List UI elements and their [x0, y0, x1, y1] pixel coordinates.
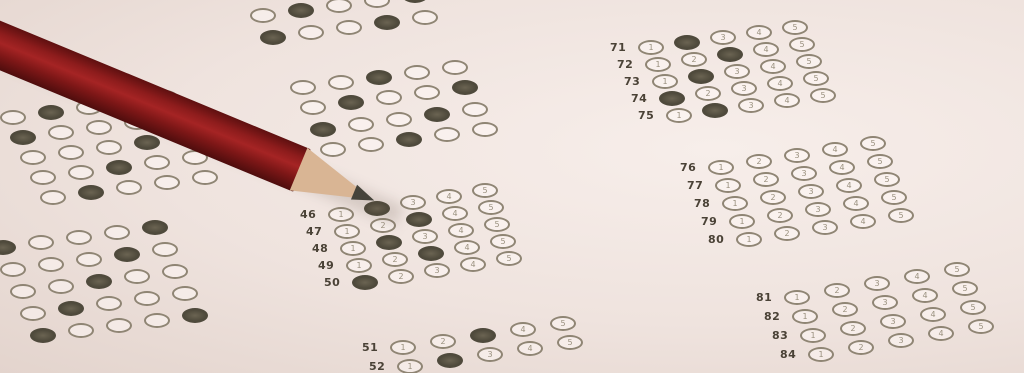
- answer-bubble: [20, 150, 46, 165]
- answer-bubble[interactable]: 4: [928, 326, 954, 341]
- answer-bubble: [106, 318, 132, 333]
- answer-bubble: [116, 180, 142, 195]
- answer-bubble: [68, 165, 94, 180]
- answer-bubble: [48, 125, 74, 140]
- answer-bubble[interactable]: 1: [652, 74, 678, 89]
- answer-bubble[interactable]: 5: [472, 183, 498, 198]
- answer-sheet-photo: 4612345471234548123454912345501234571123…: [0, 0, 1024, 373]
- answer-bubble[interactable]: 2: [688, 69, 714, 84]
- answer-bubble: [260, 30, 286, 45]
- answer-bubble: [114, 247, 140, 262]
- question-number: 49: [318, 259, 334, 272]
- answer-bubble: [124, 269, 150, 284]
- answer-bubble[interactable]: 5: [968, 319, 994, 334]
- answer-bubble[interactable]: 3: [805, 202, 831, 217]
- answer-bubble[interactable]: 4: [454, 240, 480, 255]
- answer-bubble[interactable]: 4: [442, 206, 468, 221]
- answer-bubble: [10, 284, 36, 299]
- answer-bubble: [10, 130, 36, 145]
- answer-bubble[interactable]: 2: [832, 302, 858, 317]
- answer-bubble[interactable]: 2: [760, 190, 786, 205]
- answer-bubble: [348, 117, 374, 132]
- answer-bubble[interactable]: 5: [944, 262, 970, 277]
- answer-bubble[interactable]: 3: [477, 347, 503, 362]
- answer-bubble: [76, 252, 102, 267]
- answer-bubble[interactable]: 4: [448, 223, 474, 238]
- answer-bubble[interactable]: 1: [645, 57, 671, 72]
- answer-bubble[interactable]: 1: [352, 275, 378, 290]
- answer-bubble[interactable]: 3: [791, 166, 817, 181]
- answer-bubble: [424, 107, 450, 122]
- question-number: 73: [624, 75, 640, 88]
- answer-bubble[interactable]: 5: [860, 136, 886, 151]
- answer-bubble[interactable]: 2: [702, 103, 728, 118]
- answer-bubble[interactable]: 1: [729, 214, 755, 229]
- answer-bubble: [434, 127, 460, 142]
- answer-bubble: [142, 220, 168, 235]
- answer-bubble[interactable]: 1: [659, 91, 685, 106]
- answer-bubble[interactable]: 4: [920, 307, 946, 322]
- answer-bubble: [154, 175, 180, 190]
- answer-bubble[interactable]: 1: [346, 258, 372, 273]
- answer-bubble[interactable]: 1: [800, 328, 826, 343]
- answer-bubble[interactable]: 1: [808, 347, 834, 362]
- answer-bubble[interactable]: 3: [784, 148, 810, 163]
- question-number: 79: [701, 215, 717, 228]
- answer-bubble[interactable]: 2: [848, 340, 874, 355]
- answer-bubble: [152, 242, 178, 257]
- question-number: 47: [306, 225, 322, 238]
- answer-bubble[interactable]: 3: [717, 47, 743, 62]
- answer-bubble[interactable]: 3: [470, 328, 496, 343]
- answer-bubble: [66, 230, 92, 245]
- answer-bubble[interactable]: 2: [840, 321, 866, 336]
- answer-bubble: [462, 102, 488, 117]
- answer-bubble[interactable]: 4: [836, 178, 862, 193]
- answer-bubble[interactable]: 5: [782, 20, 808, 35]
- answer-bubble[interactable]: 1: [708, 160, 734, 175]
- answer-bubble[interactable]: 5: [557, 335, 583, 350]
- answer-bubble[interactable]: 5: [881, 190, 907, 205]
- answer-bubble: [396, 132, 422, 147]
- answer-bubble: [144, 155, 170, 170]
- answer-bubble: [300, 100, 326, 115]
- answer-bubble: [452, 80, 478, 95]
- answer-bubble[interactable]: 3: [710, 30, 736, 45]
- answer-bubble: [20, 306, 46, 321]
- answer-bubble: [0, 262, 26, 277]
- answer-bubble[interactable]: 1: [334, 224, 360, 239]
- answer-bubble[interactable]: 4: [760, 59, 786, 74]
- answer-bubble: [290, 80, 316, 95]
- answer-bubble[interactable]: 4: [753, 42, 779, 57]
- answer-bubble[interactable]: 3: [888, 333, 914, 348]
- answer-bubble: [134, 135, 160, 150]
- answer-bubble[interactable]: 3: [880, 314, 906, 329]
- answer-bubble[interactable]: 1: [638, 40, 664, 55]
- answer-bubble: [38, 257, 64, 272]
- answer-bubble[interactable]: 5: [484, 217, 510, 232]
- answer-bubble[interactable]: 3: [412, 229, 438, 244]
- answer-bubble: [414, 85, 440, 100]
- answer-bubble[interactable]: 4: [746, 25, 772, 40]
- answer-bubble: [30, 170, 56, 185]
- answer-bubble[interactable]: 2: [430, 334, 456, 349]
- question-number: 77: [687, 179, 703, 192]
- answer-bubble[interactable]: 4: [517, 341, 543, 356]
- answer-bubble[interactable]: 3: [798, 184, 824, 199]
- answer-bubble[interactable]: 5: [867, 154, 893, 169]
- answer-bubble[interactable]: 3: [731, 81, 757, 96]
- question-number: 84: [780, 348, 796, 361]
- answer-bubble: [472, 122, 498, 137]
- answer-bubble: [38, 105, 64, 120]
- answer-bubble[interactable]: 4: [774, 93, 800, 108]
- answer-bubble: [0, 110, 26, 125]
- answer-bubble[interactable]: 1: [397, 359, 423, 373]
- answer-bubble[interactable]: 2: [746, 154, 772, 169]
- answer-bubble[interactable]: 3: [738, 98, 764, 113]
- answer-bubble: [96, 140, 122, 155]
- answer-bubble: [358, 137, 384, 152]
- question-number: 71: [610, 41, 626, 54]
- answer-bubble[interactable]: 2: [382, 252, 408, 267]
- answer-bubble: [250, 8, 276, 23]
- answer-bubble[interactable]: 2: [388, 269, 414, 284]
- answer-bubble: [86, 274, 112, 289]
- answer-bubble: [374, 15, 400, 30]
- answer-bubble: [412, 10, 438, 25]
- answer-bubble: [48, 279, 74, 294]
- question-number: 80: [708, 233, 724, 246]
- answer-bubble[interactable]: 4: [912, 288, 938, 303]
- answer-bubble[interactable]: 5: [490, 234, 516, 249]
- answer-bubble: [298, 25, 324, 40]
- question-number: 48: [312, 242, 328, 255]
- answer-bubble[interactable]: 5: [888, 208, 914, 223]
- answer-bubble[interactable]: 2: [681, 52, 707, 67]
- answer-bubble[interactable]: 2: [774, 226, 800, 241]
- answer-bubble[interactable]: 2: [674, 35, 700, 50]
- answer-bubble[interactable]: 1: [722, 196, 748, 211]
- answer-bubble: [288, 3, 314, 18]
- answer-bubble[interactable]: 3: [812, 220, 838, 235]
- answer-bubble: [386, 112, 412, 127]
- answer-bubble: [68, 323, 94, 338]
- question-number: 72: [617, 58, 633, 71]
- answer-bubble[interactable]: 2: [695, 86, 721, 101]
- answer-bubble: [40, 190, 66, 205]
- answer-bubble: [106, 160, 132, 175]
- answer-bubble[interactable]: 3: [418, 246, 444, 261]
- answer-bubble[interactable]: 4: [904, 269, 930, 284]
- answer-bubble[interactable]: 1: [792, 309, 818, 324]
- answer-bubble[interactable]: 5: [478, 200, 504, 215]
- answer-bubble: [96, 296, 122, 311]
- question-number: 74: [631, 92, 647, 105]
- question-number: 83: [772, 329, 788, 342]
- answer-bubble[interactable]: 4: [460, 257, 486, 272]
- answer-bubble: [366, 70, 392, 85]
- answer-bubble: [172, 286, 198, 301]
- answer-bubble[interactable]: 3: [424, 263, 450, 278]
- answer-bubble[interactable]: 5: [810, 88, 836, 103]
- answer-bubble: [104, 225, 130, 240]
- answer-bubble[interactable]: 1: [666, 108, 692, 123]
- answer-bubble[interactable]: 4: [843, 196, 869, 211]
- answer-bubble: [338, 95, 364, 110]
- answer-bubble[interactable]: 4: [850, 214, 876, 229]
- answer-bubble: [328, 75, 354, 90]
- answer-bubble[interactable]: 5: [789, 37, 815, 52]
- answer-bubble[interactable]: 4: [822, 142, 848, 157]
- answer-bubble[interactable]: 5: [796, 54, 822, 69]
- question-number: 46: [300, 208, 316, 221]
- question-number: 76: [680, 161, 696, 174]
- answer-bubble: [134, 291, 160, 306]
- answer-bubble: [442, 60, 468, 75]
- answer-bubble: [58, 301, 84, 316]
- answer-bubble: [364, 0, 390, 8]
- question-number: 50: [324, 276, 340, 289]
- answer-bubble[interactable]: 2: [767, 208, 793, 223]
- answer-bubble: [78, 185, 104, 200]
- answer-bubble: [336, 20, 362, 35]
- question-number: 78: [694, 197, 710, 210]
- answer-bubble[interactable]: 3: [724, 64, 750, 79]
- answer-bubble: [162, 264, 188, 279]
- answer-bubble[interactable]: 5: [874, 172, 900, 187]
- answer-bubble[interactable]: 3: [864, 276, 890, 291]
- answer-bubble[interactable]: 4: [436, 189, 462, 204]
- answer-bubble: [86, 120, 112, 135]
- answer-bubble: [182, 308, 208, 323]
- answer-bubble[interactable]: 1: [715, 178, 741, 193]
- answer-bubble[interactable]: 5: [550, 316, 576, 331]
- answer-bubble: [376, 90, 402, 105]
- question-number: 81: [756, 291, 772, 304]
- answer-bubble[interactable]: 4: [829, 160, 855, 175]
- answer-bubble[interactable]: 1: [784, 290, 810, 305]
- answer-bubble: [144, 313, 170, 328]
- answer-bubble[interactable]: 5: [952, 281, 978, 296]
- answer-bubble[interactable]: 5: [496, 251, 522, 266]
- answer-bubble: [58, 145, 84, 160]
- answer-bubble[interactable]: 3: [400, 195, 426, 210]
- answer-bubble: [28, 235, 54, 250]
- answer-bubble[interactable]: 1: [390, 340, 416, 355]
- answer-bubble: [192, 170, 218, 185]
- answer-bubble[interactable]: 2: [376, 235, 402, 250]
- answer-bubble[interactable]: 3: [872, 295, 898, 310]
- question-number: 75: [638, 109, 654, 122]
- answer-bubble: [310, 122, 336, 137]
- answer-bubble[interactable]: 2: [824, 283, 850, 298]
- answer-bubble[interactable]: 4: [510, 322, 536, 337]
- question-number: 52: [369, 360, 385, 373]
- answer-bubble[interactable]: 4: [767, 76, 793, 91]
- answer-bubble[interactable]: 5: [960, 300, 986, 315]
- answer-bubble[interactable]: 1: [340, 241, 366, 256]
- answer-bubble: [30, 328, 56, 343]
- answer-bubble: [404, 65, 430, 80]
- answer-bubble[interactable]: 2: [753, 172, 779, 187]
- answer-bubble[interactable]: 1: [736, 232, 762, 247]
- answer-bubble[interactable]: 3: [406, 212, 432, 227]
- answer-bubble[interactable]: 2: [437, 353, 463, 368]
- answer-bubble: [326, 0, 352, 13]
- answer-bubble: [0, 240, 16, 255]
- answer-bubble: [402, 0, 428, 3]
- question-number: 51: [362, 341, 378, 354]
- answer-bubble[interactable]: 5: [803, 71, 829, 86]
- question-number: 82: [764, 310, 780, 323]
